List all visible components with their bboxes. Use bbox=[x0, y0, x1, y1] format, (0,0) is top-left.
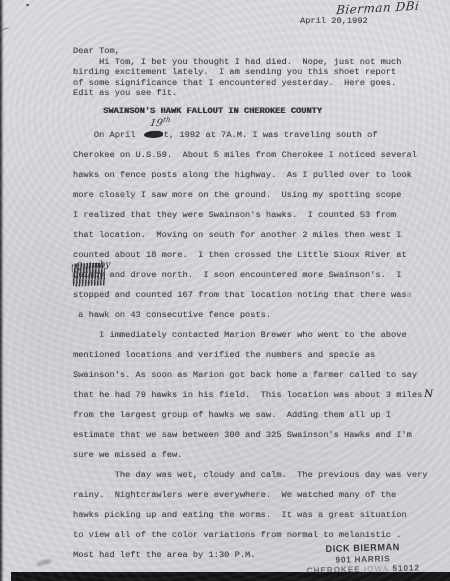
salutation: Dear Tom, bbox=[73, 46, 120, 57]
letter-line: rainy. Nightcrawlers were everywhere. We… bbox=[73, 485, 433, 505]
letter-line: that he had 79 hawks in his field. This … bbox=[73, 385, 433, 405]
letter-line: The day was wet, cloudy and calm. The pr… bbox=[73, 465, 433, 485]
line-text: and drove north. I soon encountered more… bbox=[104, 270, 401, 280]
letter-line: more closely I saw more on the ground. U… bbox=[73, 185, 433, 205]
letter-line: stopped and counted 167 from that locati… bbox=[73, 285, 433, 305]
letter-line: from the largest group of hawks we saw. … bbox=[73, 405, 433, 425]
letter-line: Edit as you see fit. bbox=[73, 88, 401, 98]
letter-line: Cherokee on U.S.59. About 5 miles from C… bbox=[73, 145, 433, 165]
line-text: that he had 79 hawks in his field. This … bbox=[73, 390, 422, 400]
stray-ghost-character: a bbox=[407, 290, 412, 300]
letter-title: SWAINSON'S HAWK FALLOUT IN CHEROKEE COUN… bbox=[103, 105, 322, 118]
letter-line: Swainson's. As soon as Marion got back h… bbox=[73, 365, 433, 385]
letter-line: of some significance that I encountered … bbox=[73, 78, 401, 88]
line-text: t, 1992 at 7A.M. I was traveling south o… bbox=[164, 130, 378, 140]
letter-line: hawks on fence posts along the highway. … bbox=[73, 165, 433, 185]
ink-smudge bbox=[36, 558, 53, 567]
scan-bottom-bar bbox=[11, 572, 450, 581]
line-text: On April bbox=[73, 130, 141, 140]
intro-paragraph: Hi Tom, I bet you thought I had died. No… bbox=[73, 57, 401, 99]
letter-line: I realized that they were Swainson's haw… bbox=[73, 205, 433, 225]
letter-line: a hawk on 43 consecutive fence posts. bbox=[73, 305, 433, 325]
redaction-blob bbox=[144, 131, 163, 139]
letter-lines-group: from the largest group of hawks we saw. … bbox=[73, 405, 433, 565]
address-stamp: DICK BIERMAN 901 HARRIS CHEROKEE IOWA 51… bbox=[298, 541, 427, 575]
scan-edge-shadow bbox=[0, 0, 4, 581]
letter-body: On April t, 1992 at 7A.M. I was travelin… bbox=[73, 125, 433, 565]
letter-line: that location. Moving on south for anoth… bbox=[73, 225, 433, 245]
letter-line: hawks picking up and eating the worms. I… bbox=[73, 505, 433, 525]
letter-line: birding excitement lately. I am sending … bbox=[73, 67, 401, 77]
handwritten-direction-letter: N bbox=[424, 389, 433, 400]
letter-line: I immediately contacted Marion Brewer wh… bbox=[73, 325, 433, 345]
letter-line: Quimby and drove north. I soon encounter… bbox=[73, 265, 433, 285]
letter-lines-group: a hawk on 43 consecutive fence posts. I … bbox=[73, 305, 433, 385]
letter-line: estimate that we saw between 300 and 325… bbox=[73, 425, 433, 445]
line-text: stopped and counted 167 from that locati… bbox=[73, 290, 407, 300]
pen-dot-mark bbox=[26, 4, 30, 7]
scanned-letter-page: Bierman DBi April 20,1992 Dear Tom, Hi T… bbox=[0, 0, 450, 581]
struck-out-word: Quimby bbox=[73, 265, 104, 285]
letter-line: counted about 18 more. I then crossed th… bbox=[73, 245, 433, 265]
handwritten-date-ordinal: th bbox=[162, 116, 171, 124]
letter-line: sure we missed a few. bbox=[73, 445, 433, 465]
letter-line: Hi Tom, I bet you thought I had died. No… bbox=[73, 57, 401, 67]
letter-line: mentioned locations and verified the num… bbox=[73, 345, 433, 365]
letter-lines-group: Cherokee on U.S.59. About 5 miles from C… bbox=[73, 145, 433, 265]
letter-line: On April t, 1992 at 7A.M. I was travelin… bbox=[73, 125, 433, 145]
letter-date: April 20,1992 bbox=[300, 15, 368, 27]
